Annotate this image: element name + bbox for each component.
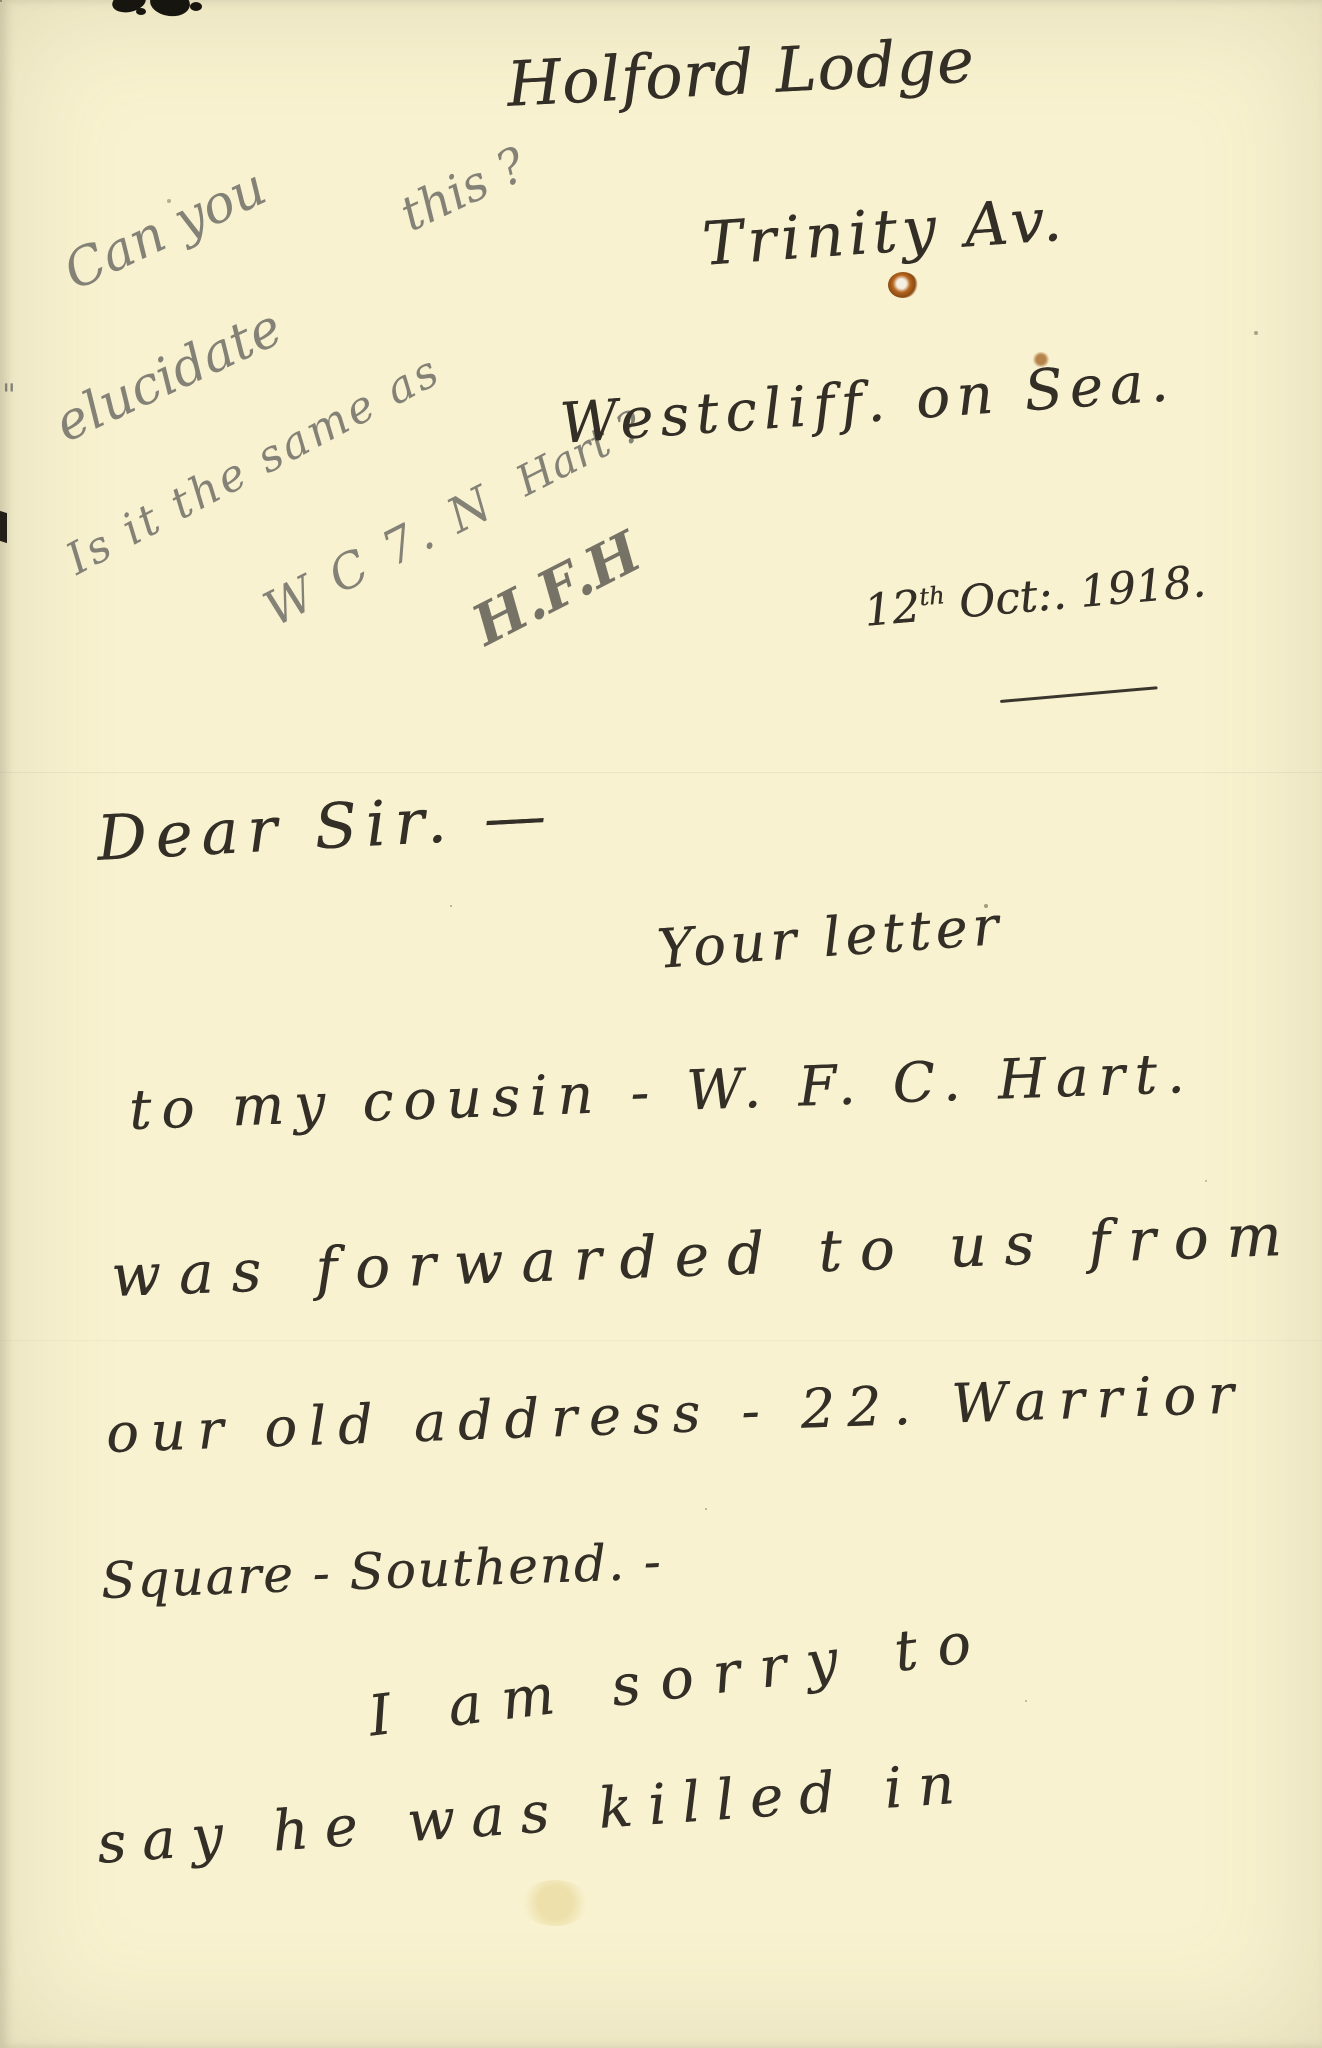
ink-blot-part xyxy=(190,2,202,11)
letterhead-street: Trinity Av. xyxy=(700,185,1069,280)
letterhead-town: Westcliff. on Sea. xyxy=(558,349,1177,457)
body-line: Your letter xyxy=(655,894,1005,981)
pencil-annotation-line: this ? xyxy=(392,137,535,243)
fold-crease xyxy=(0,1340,1322,1342)
pencil-annotation-line: elucidate xyxy=(46,297,291,454)
body-line: our old address - 22. Warrior xyxy=(105,1362,1247,1465)
body-line: to my cousin - W. F. C. Hart. xyxy=(128,1041,1195,1142)
body-line: I am sorry to xyxy=(365,1609,994,1750)
edge-mark xyxy=(0,511,7,543)
paper-stain xyxy=(520,1880,590,1926)
letterhead-date: 12th Oct:. 1918. xyxy=(862,556,1208,637)
pencil-annotation-line: Can you xyxy=(55,157,275,302)
date-underline xyxy=(1000,686,1158,703)
letter-page: Can you this ? elucidate Is it the same … xyxy=(0,0,1322,2048)
pencil-annotation-line: W C 7. N xyxy=(255,474,505,638)
body-line: say he was killed in xyxy=(95,1751,972,1877)
date-day: 12 xyxy=(862,581,922,637)
pencil-ditto-mark: " xyxy=(2,378,16,413)
foxing-spot xyxy=(888,272,918,298)
ink-blot-part xyxy=(148,0,191,19)
fold-crease xyxy=(0,772,1322,774)
pencil-initials: H.F.H xyxy=(462,519,651,659)
date-rest: Oct:. 1918. xyxy=(943,556,1208,630)
body-line: Square - Southend. - xyxy=(100,1532,663,1610)
letterhead-house: Holford Lodge xyxy=(505,24,976,121)
date-ordinal: th xyxy=(918,581,946,611)
paper-specks xyxy=(0,0,2,2)
ink-blot-part xyxy=(136,8,146,15)
body-line: was forwarded to us from xyxy=(110,1201,1300,1310)
salutation: Dear Sir. — xyxy=(95,778,556,875)
